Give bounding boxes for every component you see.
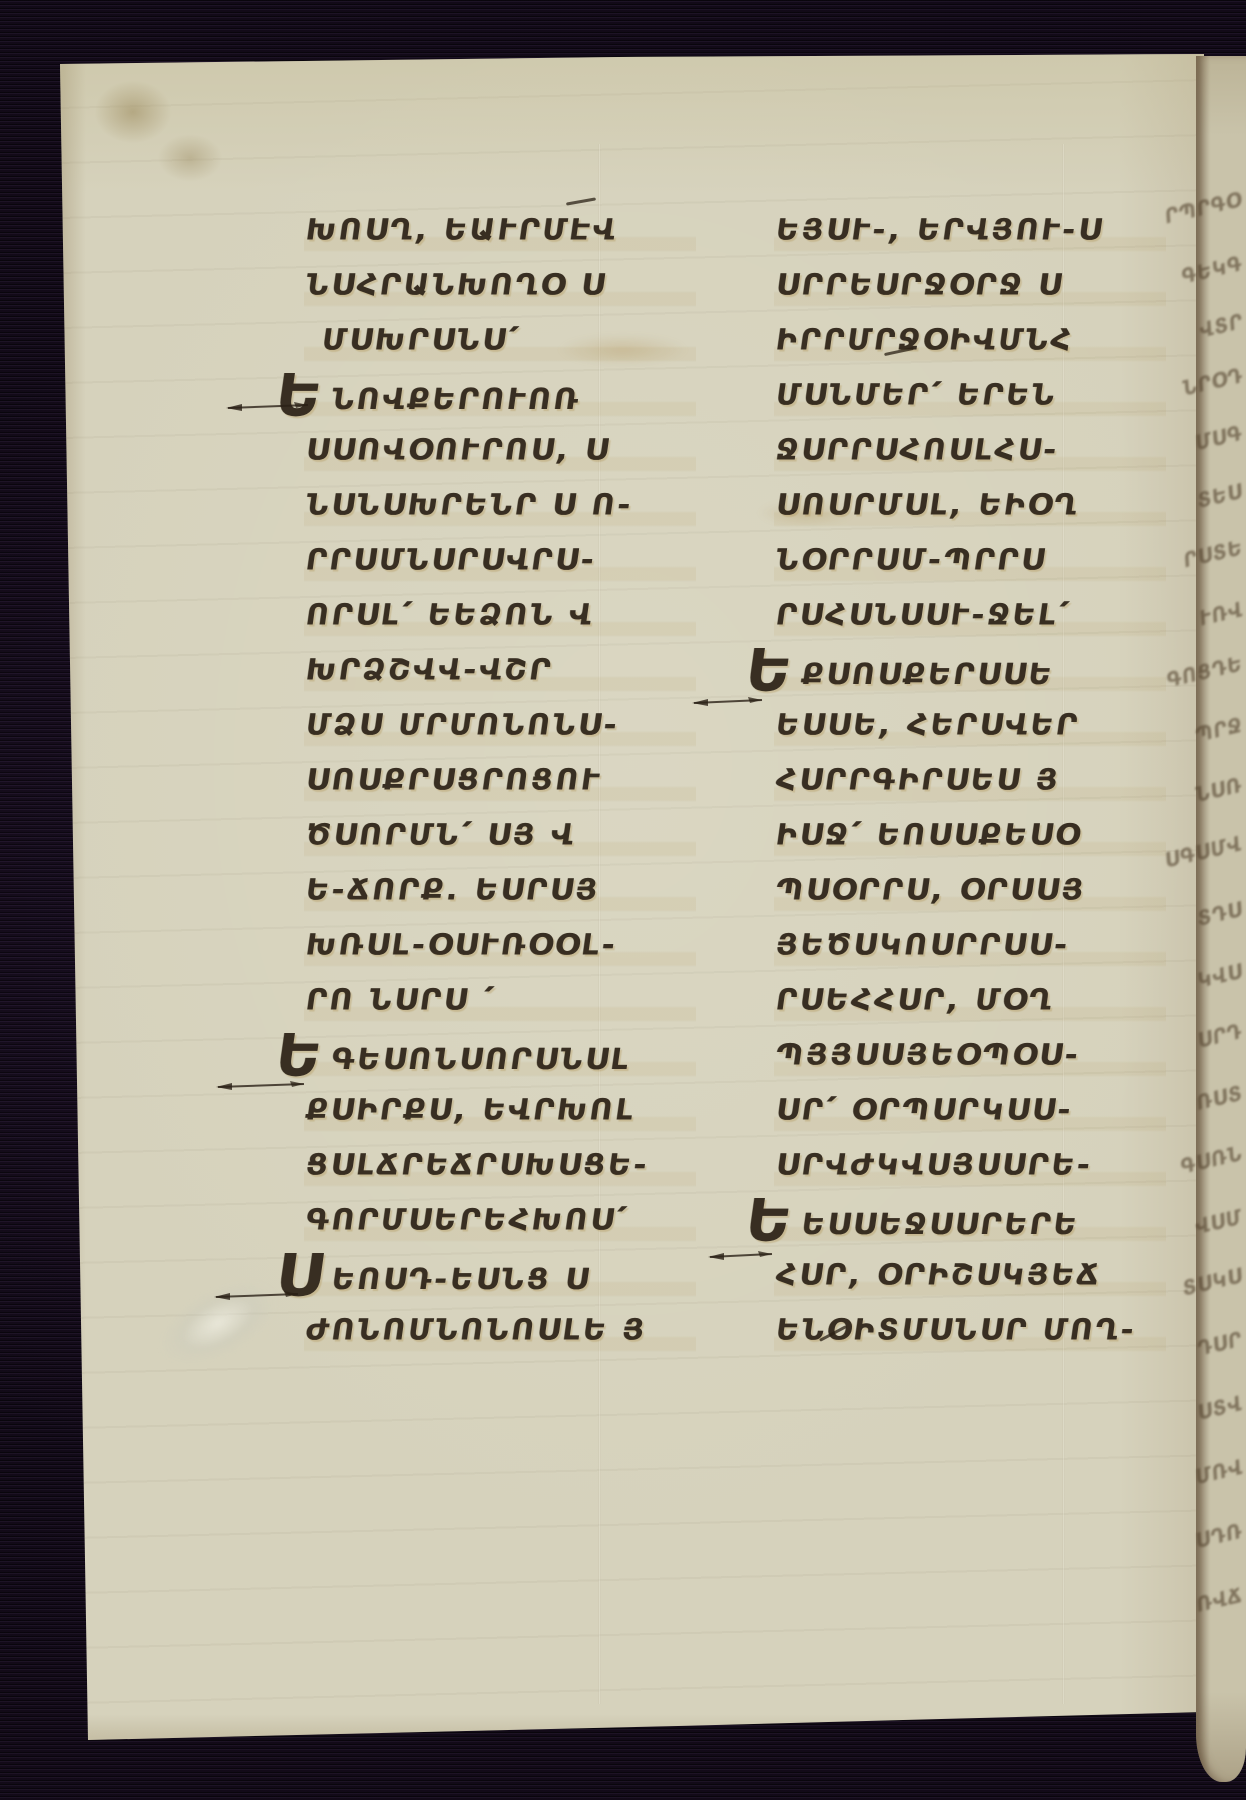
line-text: ՍՈՍՐՄՍԼ, ԵԻՕՂ xyxy=(774,488,1082,522)
manuscript-line: ԳՈՐՄՍԵՐԵՀԽՈՍ՛ xyxy=(303,1195,702,1247)
line-text: ԻՐՐՄՐՋՕԻՎՄՆՀ xyxy=(774,323,1076,357)
line-text: ԳՈՐՄՍԵՐԵՀԽՈՍ՛ xyxy=(304,1203,631,1237)
line-text: ՅԵԾՍԿՈՍՐՐՍՍ- xyxy=(774,928,1073,962)
line-text: ՊՅՅՍՍՅԵՕՊՕՍ- xyxy=(774,1038,1083,1072)
manuscript-line: ՍՐՐԵՍՐՋՕՐՋ Ս xyxy=(773,260,1172,312)
line-text: ԵՍՍԵՋՍՍՐԵՐԵ xyxy=(799,1208,1081,1242)
text-column-right: ԵՅՍՒ-, ԵՐՎՅՈՒ-ՍՍՐՐԵՍՐՋՕՐՋ ՍԻՐՐՄՐՋՕԻՎՄՆՀՄ… xyxy=(774,202,1166,1357)
line-text: ՄՍԽՐՍՆՍ՛ xyxy=(320,323,523,357)
manuscript-line: ԵՅՍՒ-, ԵՐՎՅՈՒ-Ս xyxy=(773,205,1172,257)
line-text: ՆՈՎՔԵՐՈՒՈՌ xyxy=(329,383,583,417)
manuscript-line: ՊՍՕՐՐՍ, ՕՐՍՍՅ xyxy=(773,865,1172,917)
edge-text-fragment: ՌՎՃ xyxy=(1196,1583,1243,1618)
manuscript-line: ՔՍԻՐՔՍ, ԵՎՐԽՈԼ xyxy=(303,1085,702,1137)
line-text: ՍՐՐԵՍՐՋՕՐՋ Ս xyxy=(774,268,1066,302)
line-text: ԺՈՆՈՄՆՈՆՈՍԼԵ Յ xyxy=(304,1313,649,1347)
manuscript-line: ՍՐ՛ ՕՐՊՍՐԿՍՍ- xyxy=(773,1085,1172,1137)
manuscript-line: ՀՍՐ, ՕՐԻՇՍԿՅԵՃ xyxy=(773,1250,1172,1302)
manuscript-line: ՐՐՍՄՆՍՐՍՎՐՍ- xyxy=(303,535,702,587)
line-text: ՍՐ՛ ՕՐՊՍՐԿՍՍ- xyxy=(774,1093,1076,1127)
manuscript-line: ՍՈՍՐՄՍԼ, ԵԻՕՂ xyxy=(773,480,1172,532)
line-text: ՊՍՕՐՐՍ, ՕՐՍՍՅ xyxy=(774,873,1088,907)
next-folio-edge: ՐՊՐԳՕԳԵԿԳՎՏՐՆՐՕԴՄՍԳՏԵՍՐՍՏԵՒՌՎԳՈՑԴԵՊՐՋՆՍՌ… xyxy=(1196,56,1246,1782)
line-text: ԽՌՍԼ-ՕՍՒՌՕՕԼ- xyxy=(304,928,620,962)
line-text: ԽՐՁՇՎՎ-ՎՇՐ xyxy=(304,653,556,687)
edge-text-fragment: ՍՏՎ xyxy=(1197,1391,1243,1426)
manuscript-line: ԽՐՁՇՎՎ-ՎՇՐ xyxy=(303,645,702,697)
line-text: ՐՍԵՀՀՍՐ, ՄՕՂ xyxy=(774,983,1057,1017)
edge-text-fragment: ՍԴՌ xyxy=(1195,1518,1243,1553)
manuscript-line: ԵՆՈՎՔԵՐՈՒՈՌ xyxy=(303,370,702,422)
margin-arrow-mark xyxy=(212,1078,304,1094)
edge-text-fragment: ՏԵՍ xyxy=(1197,479,1244,514)
edge-text-fragment: ՒՌՎ xyxy=(1198,597,1243,631)
line-text: ԵՅՍՒ-, ԵՐՎՅՈՒ-Ս xyxy=(774,213,1106,247)
line-text: ԵՈՍԴ-ԵՍՆՑ Ս xyxy=(330,1263,594,1297)
manuscript-photo: ԽՈՍՂ, ԵԱՒՐՄԷՎՆՍՀՐԱՆԽՈՂՕ ՍՄՍԽՐՍՆՍ՛ԵՆՈՎՔԵՐ… xyxy=(0,0,1246,1800)
text-column-left: ԽՈՍՂ, ԵԱՒՐՄԷՎՆՍՀՐԱՆԽՈՂՕ ՍՄՍԽՐՍՆՍ՛ԵՆՈՎՔԵՐ… xyxy=(304,202,696,1357)
manuscript-line: ՀՍՐՐԳԻՐՍԵՍ Յ xyxy=(773,755,1172,807)
manuscript-line: ԵՍՍԵ, ՀԵՐՍՎԵՐ xyxy=(773,700,1172,752)
manuscript-line: ՊՅՅՍՍՅԵՕՊՕՍ- xyxy=(773,1030,1172,1082)
manuscript-line: Ե-ՃՈՐՔ. ԵՍՐՍՅ xyxy=(303,865,702,917)
line-text: ՆՕՐՐՍՄ-ՊՐՐՍ xyxy=(774,543,1049,577)
line-text: Ե-ՃՈՐՔ. ԵՍՐՍՅ xyxy=(304,873,602,907)
line-text: ՑՍԼՃՐԵՃՐՍԽՍՑԵ- xyxy=(304,1148,652,1182)
edge-text-fragment: ԴՍՐ xyxy=(1197,1327,1243,1361)
edge-text-fragment: ՊՐՋ xyxy=(1195,712,1243,747)
line-text: ԳԵՍՈՆՍՈՐՍՆՍԼ xyxy=(329,1043,633,1077)
manuscript-line: ՍՐՎԺԿՎՍՅՍՍՐԵ- xyxy=(773,1140,1172,1192)
line-text: ՄՍՆՄԵՐ՛ ԵՐԵՆ xyxy=(774,378,1059,412)
manuscript-line: ԵՆՕԻՏՄՍՆՍՐ ՄՈՂ- xyxy=(773,1305,1172,1357)
manuscript-line: ՐՈ ՆՍՐՍ ՛ xyxy=(303,975,702,1027)
margin-arrow-mark xyxy=(222,399,308,415)
manuscript-line: ԽՈՍՂ, ԵԱՒՐՄԷՎ xyxy=(303,205,702,257)
decorated-initial: Ե xyxy=(271,361,329,430)
line-text: ՐՐՍՄՆՍՐՍՎՐՍ- xyxy=(304,543,599,577)
line-text: ԽՈՍՂ, ԵԱՒՐՄԷՎ xyxy=(304,213,620,247)
manuscript-line: ՆՍՆՍԽՐԵՆՐ Ս Ո- xyxy=(303,480,702,532)
edge-text-fragment: ՌՍՏ xyxy=(1196,1081,1244,1116)
edge-text-fragment: ՄՌՎ xyxy=(1194,1454,1243,1489)
manuscript-line: ՄՍԽՐՍՆՍ՛ xyxy=(319,315,702,367)
margin-arrow-mark xyxy=(210,1288,298,1304)
manuscript-line: ԺՈՆՈՄՆՈՆՈՍԼԵ Յ xyxy=(303,1305,702,1357)
line-text: ՈՐՍԼ՛ ԵԵՁՈՆ Վ xyxy=(304,598,597,632)
line-text: ՆՍՀՐԱՆԽՈՂՕ Ս xyxy=(304,268,609,302)
manuscript-line: ՄՁՍ ՄՐՄՈՆՈՆՍ- xyxy=(303,700,702,752)
line-text: ՔՍՈՍՔԵՐՍՍԵ xyxy=(799,658,1056,692)
manuscript-line: ՍՈՍՔՐՍՑՐՈՑՈՒ xyxy=(303,755,702,807)
edge-text-fragment: ՎՍՄ xyxy=(1195,1205,1243,1240)
manuscript-line: ՍՍՈՎՕՈՒՐՈՍ, Ս xyxy=(303,425,702,477)
line-text: ՄՁՍ ՄՐՄՈՆՈՆՍ- xyxy=(304,708,622,742)
margin-arrow-mark xyxy=(688,694,762,710)
line-text: ՔՍԻՐՔՍ, ԵՎՐԽՈԼ xyxy=(304,1093,638,1127)
manuscript-line: ՈՐՍԼ՛ ԵԵՁՈՆ Վ xyxy=(303,590,702,642)
manuscript-line: ՐՍԵՀՀՍՐ, ՄՕՂ xyxy=(773,975,1172,1027)
manuscript-line: ՐՍՀՍՆՍՍՒ-ՋԵԼ՛ xyxy=(773,590,1172,642)
line-text: ՍՐՎԺԿՎՍՅՍՍՐԵ- xyxy=(774,1148,1095,1182)
manuscript-line: ԵԳԵՍՈՆՍՈՐՍՆՍԼ xyxy=(303,1030,702,1082)
manuscript-line: ԵԵՍՍԵՋՍՍՐԵՐԵ xyxy=(773,1195,1172,1247)
edge-text-fragment: ՎՏՐ xyxy=(1198,309,1243,343)
line-text: ՍՈՍՔՐՍՑՐՈՑՈՒ xyxy=(304,763,605,797)
decorated-initial: Ե xyxy=(741,1186,799,1255)
line-text: ՆՍՆՍԽՐԵՆՐ Ս Ո- xyxy=(304,488,636,522)
line-text: ԵՍՍԵ, ՀԵՐՍՎԵՐ xyxy=(774,708,1082,742)
manuscript-line: ՄՍՆՄԵՐ՛ ԵՐԵՆ xyxy=(773,370,1172,422)
line-text: ՐՍՀՍՆՍՍՒ-ՋԵԼ՛ xyxy=(774,598,1074,632)
manuscript-line: ՍԵՈՍԴ-ԵՍՆՑ Ս xyxy=(303,1250,702,1302)
line-text: ՋՍՐՐՍՀՈՍԼՀՍ- xyxy=(774,433,1062,467)
manuscript-line: ՆՍՀՐԱՆԽՈՂՕ Ս xyxy=(303,260,702,312)
manuscript-line: ԻՍՋ՛ ԵՈՍՍՔԵՍՕ xyxy=(773,810,1172,862)
line-text: ՐՈ ՆՍՐՍ ՛ xyxy=(304,983,498,1017)
manuscript-line: ՆՕՐՐՍՄ-ՊՐՐՍ xyxy=(773,535,1172,587)
manuscript-line: ՅԵԾՍԿՈՍՐՐՍՍ- xyxy=(773,920,1172,972)
manuscript-line: ԾՍՈՐՄՆ՛ ՍՅ Վ xyxy=(303,810,702,862)
manuscript-line: ԽՌՍԼ-ՕՍՒՌՕՕԼ- xyxy=(303,920,702,972)
manuscript-page: ԽՈՍՂ, ԵԱՒՐՄԷՎՆՍՀՐԱՆԽՈՂՕ ՍՄՍԽՐՍՆՍ՛ԵՆՈՎՔԵՐ… xyxy=(58,54,1204,1744)
margin-arrow-mark xyxy=(704,1248,772,1264)
line-text: ԵՆՕԻՏՄՍՆՍՐ ՄՈՂ- xyxy=(774,1313,1139,1347)
edge-text-fragment: ՍՐԴ xyxy=(1197,1019,1243,1053)
line-text: ՀՍՐՐԳԻՐՍԵՍ Յ xyxy=(774,763,1063,797)
edge-text-fragment: ՆՍՌ xyxy=(1195,773,1243,808)
line-text: ԾՍՈՐՄՆ՛ ՍՅ Վ xyxy=(304,818,579,852)
manuscript-line: ԻՐՐՄՐՋՕԻՎՄՆՀ xyxy=(773,315,1172,367)
manuscript-line: ՑՍԼՃՐԵՃՐՍԽՍՑԵ- xyxy=(303,1140,702,1192)
line-text: ԻՍՋ՛ ԵՈՍՍՔԵՍՕ xyxy=(774,818,1085,852)
line-text: ՀՍՐ, ՕՐԻՇՍԿՅԵՃ xyxy=(774,1258,1104,1292)
line-text: ՍՍՈՎՕՈՒՐՈՍ, Ս xyxy=(304,433,613,467)
manuscript-line: ՋՍՐՐՍՀՈՍԼՀՍ- xyxy=(773,425,1172,477)
manuscript-line: ԵՔՍՈՍՔԵՐՍՍԵ xyxy=(773,645,1172,697)
parchment-wrinkle xyxy=(145,1263,291,1382)
edge-text-fragment: ՄՍԳ xyxy=(1195,421,1243,456)
edge-text-fragment: ՏԴՍ xyxy=(1197,897,1244,932)
edge-text-fragment: ԿՎՍ xyxy=(1197,959,1244,994)
